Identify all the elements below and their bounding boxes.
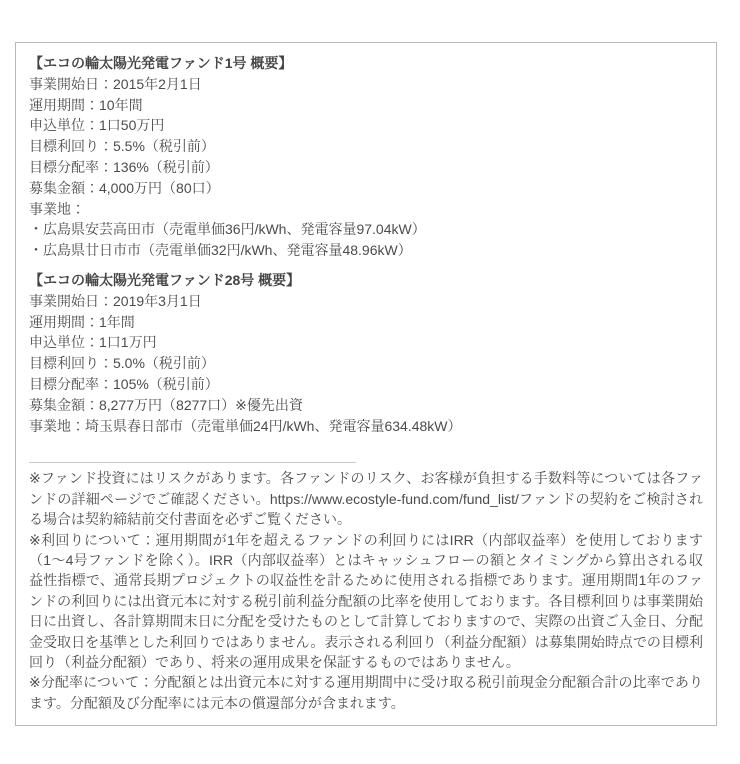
fund-detail-line: 事業地： (29, 199, 703, 220)
page: 【エコの輪太陽光発電ファンド1号 概要】 事業開始日：2015年2月1日 運用期… (0, 0, 740, 764)
fund-detail-line: 運用期間：1年間 (29, 312, 703, 333)
section-divider (29, 462, 356, 463)
disclaimer-block: ※ファンド投資にはリスクがあります。各ファンドのリスク、お客様が負担する手数料等… (29, 468, 703, 713)
fund-28-title: 【エコの輪太陽光発電ファンド28号 概要】 (29, 270, 703, 291)
fund-detail-line: 目標分配率：105%（税引前） (29, 374, 703, 395)
fund-detail-line: 運用期間：10年間 (29, 95, 703, 116)
fund-detail-line: 申込単位：1口1万円 (29, 332, 703, 353)
fund-site-line: ・広島県安芸高田市（売電単価36円/kWh、発電容量97.04kW） (29, 219, 703, 240)
fund-detail-line: 申込単位：1口50万円 (29, 115, 703, 136)
fund-detail-line: 目標利回り：5.5%（税引前） (29, 136, 703, 157)
fund-detail-line: 募集金額：8,277万円（8277口）※優先出資 (29, 395, 703, 416)
fund-site-line: ・広島県廿日市市（売電単価32円/kWh、発電容量48.96kW） (29, 240, 703, 261)
disclaimer-yield: ※利回りについて：運用期間が1年を超えるファンドの利回りにはIRR（内部収益率）… (29, 530, 703, 673)
fund-detail-line: 事業開始日：2015年2月1日 (29, 74, 703, 95)
fund-detail-line: 事業開始日：2019年3月1日 (29, 291, 703, 312)
fund-detail-line: 目標分配率：136%（税引前） (29, 157, 703, 178)
disclaimer-distribution: ※分配率について：分配額とは出資元本に対する運用期間中に受け取る税引前現金分配額… (29, 672, 703, 713)
fund-section-2: 【エコの輪太陽光発電ファンド28号 概要】 事業開始日：2019年3月1日 運用… (29, 270, 703, 436)
fund-section-1: 【エコの輪太陽光発電ファンド1号 概要】 事業開始日：2015年2月1日 運用期… (29, 53, 703, 261)
fund-detail-line: 募集金額：4,000万円（80口） (29, 178, 703, 199)
fund-1-title: 【エコの輪太陽光発電ファンド1号 概要】 (29, 53, 703, 74)
disclaimer-risk: ※ファンド投資にはリスクがあります。各ファンドのリスク、お客様が負担する手数料等… (29, 468, 703, 529)
fund-detail-line: 目標利回り：5.0%（税引前） (29, 353, 703, 374)
fund-site-line: 事業地：埼玉県春日部市（売電単価24円/kWh、発電容量634.48kW） (29, 416, 703, 437)
fund-summary-box: 【エコの輪太陽光発電ファンド1号 概要】 事業開始日：2015年2月1日 運用期… (15, 42, 717, 726)
